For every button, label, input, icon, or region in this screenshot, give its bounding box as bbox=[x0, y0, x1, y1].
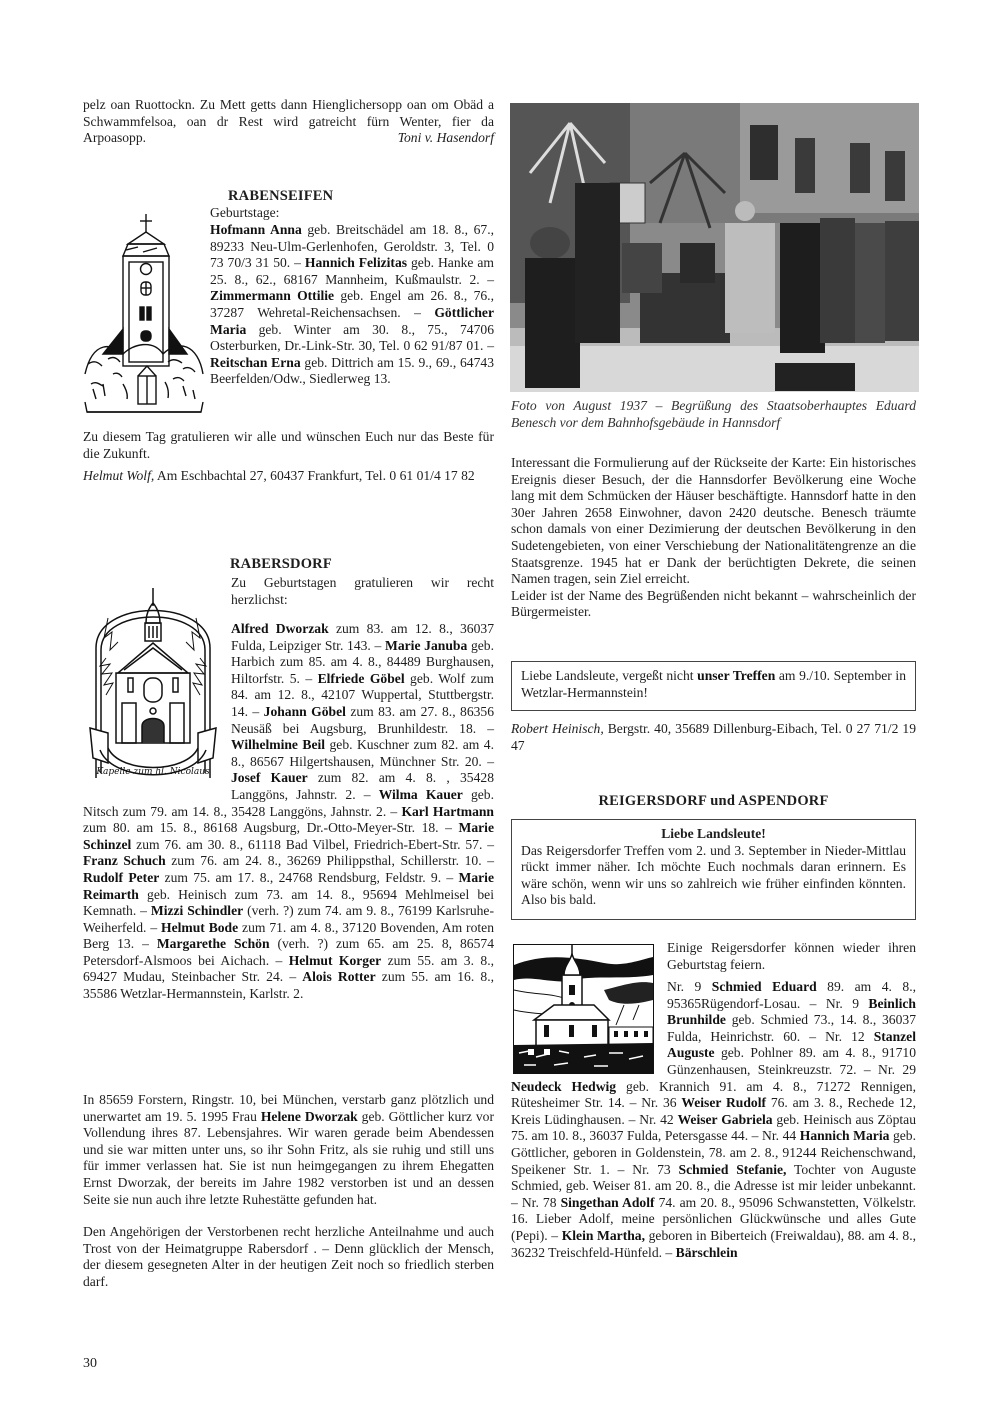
notice-pre: Liebe Landsleute, vergeßt nicht bbox=[521, 668, 697, 683]
person-name: Mizzi Schindler bbox=[151, 903, 243, 918]
signature-address: Am Eschbachtal 27, 60437 Frankfurt, Tel.… bbox=[154, 468, 474, 483]
robert-heinisch-signature: Robert Heinisch, Bergstr. 40, 35689 Dill… bbox=[511, 721, 916, 754]
rabersdorf-intro-text: Zu Geburtstagen gratulieren wir recht he… bbox=[231, 575, 494, 608]
person-name: Franz Schuch bbox=[83, 853, 166, 868]
person-name: Margarethe Schön bbox=[157, 936, 270, 951]
house-number: Nr. 42 bbox=[639, 1112, 677, 1127]
person-name: Hannich Felizitas bbox=[305, 255, 407, 270]
meeting-notice-box: Liebe Landsleute, vergeßt nicht unser Tr… bbox=[511, 661, 916, 711]
rabenseifen-heading: RABENSEIFEN bbox=[228, 188, 333, 205]
reigersdorf-entries: Nr. 9 Schmied Eduard 89. am 4. 8., 95365… bbox=[511, 979, 916, 1261]
person-details: zum 76. am 24. 8., 36269 Philippsthal, S… bbox=[166, 853, 494, 868]
person-name: Alois Rotter bbox=[302, 969, 375, 984]
intro-poem: pelz oan Ruottockn. Zu Mett getts dann H… bbox=[83, 97, 494, 147]
person-name: Neudeck Hedwig bbox=[511, 1079, 616, 1094]
notice-bold: unser Treffen bbox=[697, 668, 775, 683]
rabenseifen-closing: Zu diesem Tag gratulieren wir alle und w… bbox=[83, 429, 494, 462]
house-number: Nr. 44 bbox=[762, 1128, 800, 1143]
page-number: 30 bbox=[83, 1356, 97, 1372]
box-title: Liebe Landsleute! bbox=[521, 826, 906, 843]
house-number: Nr. 9 bbox=[667, 979, 712, 994]
image-spacer bbox=[83, 621, 231, 789]
house-number: Nr. 36 bbox=[641, 1095, 681, 1110]
signature-text: Robert Heinisch, Bergstr. 40, 35689 Dill… bbox=[511, 721, 916, 754]
house-number: Nr. 78 bbox=[522, 1195, 561, 1210]
person-name: Klein Martha, bbox=[562, 1228, 645, 1243]
person-name: Rudolf Peter bbox=[83, 870, 159, 885]
image-spacer bbox=[83, 222, 210, 429]
person-name: Wilma Kauer bbox=[379, 787, 463, 802]
person-name: Weiser Gabriela bbox=[678, 1112, 773, 1127]
rabenseifen-subheading: Geburtstage: bbox=[210, 205, 494, 222]
deceased-name: Helene Dworzak bbox=[261, 1109, 358, 1124]
photo-article: Interessant die Formulierung auf der Rüc… bbox=[511, 455, 916, 621]
house-number: Nr. 29 bbox=[878, 1062, 916, 1077]
rabenseifen-signature: Helmut Wolf, Am Eschbachtal 27, 60437 Fr… bbox=[83, 468, 494, 485]
rabersdorf-intro: Zu Geburtstagen gratulieren wir recht he… bbox=[231, 575, 494, 608]
condolence-text: Den Angehörigen der Verstorbenen recht h… bbox=[83, 1224, 494, 1290]
person-name: Johann Göbel bbox=[264, 704, 346, 719]
rabersdorf-heading: RABERSDORF bbox=[230, 556, 332, 573]
person-name: Helmut Bode bbox=[161, 920, 238, 935]
person-name: Wilhelmine Beil bbox=[231, 737, 325, 752]
person-name: Hofmann Anna bbox=[210, 222, 302, 237]
poem-author-name: Toni v. Hasendorf bbox=[398, 130, 494, 145]
person-details: geb. Winter am 30. 8., 75., 74706 Osterb… bbox=[210, 322, 494, 354]
person-name: Elfriede Göbel bbox=[318, 671, 405, 686]
rabenseifen-birthdays: Geburtstage: bbox=[210, 205, 494, 222]
historical-photo-icon bbox=[510, 103, 919, 392]
signature-name: Helmut Wolf, bbox=[83, 468, 154, 483]
obituary-text: In 85659 Forstern, Ringstr. 10, bei Münc… bbox=[83, 1092, 494, 1208]
reigersdorf-intro: Einige Reigersdorfer können wieder ihren… bbox=[667, 940, 916, 973]
person-name: Schmied Eduard bbox=[712, 979, 817, 994]
person-name: Zimmermann Ottilie bbox=[210, 288, 334, 303]
person-name: Helmut Korger bbox=[289, 953, 381, 968]
house-number: Nr. 9 bbox=[826, 996, 869, 1011]
box-text: Das Reigersdorfer Treffen vom 2. und 3. … bbox=[521, 843, 906, 909]
person-details: zum 76. am 30. 8., 61118 Bad Vilbel, Fri… bbox=[131, 837, 494, 852]
reigersdorf-intro-text: Einige Reigersdorfer können wieder ihren… bbox=[667, 940, 916, 973]
rabenseifen-entries: Hofmann Anna geb. Breitschädel am 18. 8.… bbox=[83, 222, 494, 485]
person-name: Marie Januba bbox=[385, 638, 467, 653]
photo-caption: Foto von August 1937 – Begrüßung des Sta… bbox=[511, 398, 916, 431]
person-name: Alfred Dworzak bbox=[231, 621, 329, 636]
person-details: zum 75. am 17. 8., 24768 Rendsburg, Feld… bbox=[159, 870, 458, 885]
house-number: Nr. 73 bbox=[632, 1162, 678, 1177]
person-details: zum 80. am 15. 8., 86168 Augsburg, Dr.-O… bbox=[83, 820, 459, 835]
article-paragraph-2: Leider ist der Name des Begrüßenden nich… bbox=[511, 588, 916, 621]
signature-name: Robert Heinisch, bbox=[511, 721, 604, 736]
person-name: Hannich Maria bbox=[800, 1128, 890, 1143]
article-paragraph-1: Interessant die Formulierung auf der Rüc… bbox=[511, 455, 916, 588]
person-name: Karl Hartmann bbox=[401, 804, 494, 819]
caption-text: Foto von August 1937 – Begrüßung des Sta… bbox=[511, 398, 916, 431]
person-name: Singethan Adolf bbox=[561, 1195, 655, 1210]
person-name: Josef Kauer bbox=[231, 770, 308, 785]
person-name: Reitschan Erna bbox=[210, 355, 301, 370]
house-number: Nr. 12 bbox=[825, 1029, 874, 1044]
image-spacer bbox=[511, 979, 667, 1075]
reigersdorf-heading: REIGERSDORF und ASPENDORF bbox=[511, 793, 916, 810]
rabersdorf-entries: Alfred Dworzak zum 83. am 12. 8., 36037 … bbox=[83, 621, 494, 1003]
reigersdorf-notice-box: Liebe Landsleute! Das Reigersdorfer Tref… bbox=[511, 819, 916, 920]
obituary: In 85659 Forstern, Ringstr. 10, bei Münc… bbox=[83, 1092, 494, 1291]
person-name: Weiser Rudolf bbox=[681, 1095, 766, 1110]
meeting-notice-text: Liebe Landsleute, vergeßt nicht unser Tr… bbox=[521, 668, 906, 701]
person-name: Schmied Stefanie, bbox=[679, 1162, 787, 1177]
person-name: Bärschlein bbox=[676, 1245, 738, 1260]
